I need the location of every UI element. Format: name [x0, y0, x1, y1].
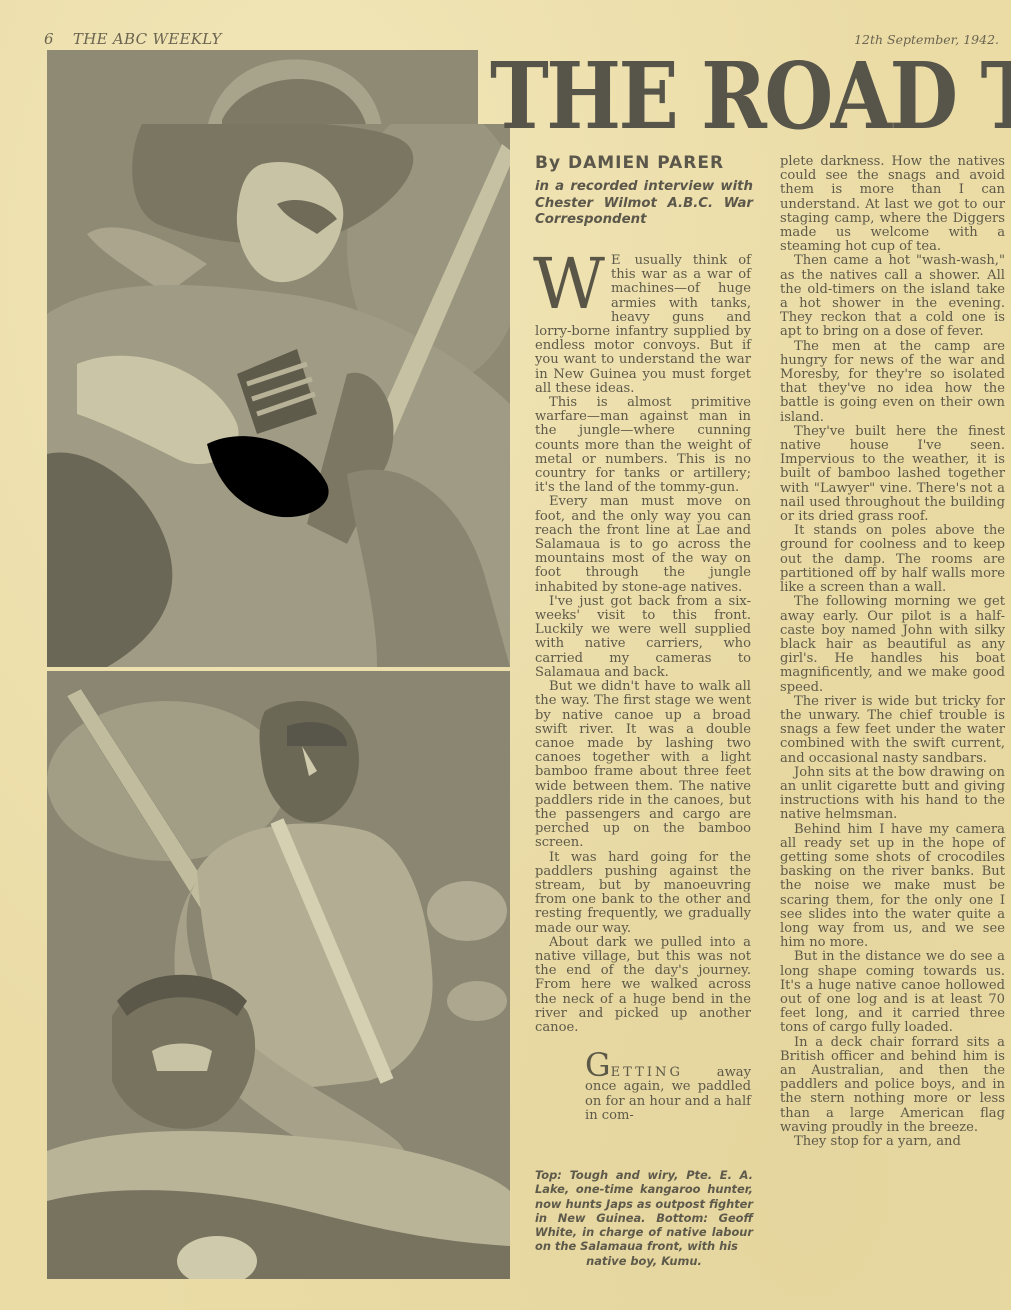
opening-small-caps: E	[611, 253, 624, 268]
photo-icon	[47, 50, 478, 128]
photo-caption: Top: Tough and wiry, Pte. E. A. Lake, on…	[535, 1168, 753, 1268]
paragraph: It stands on poles above the ground for …	[780, 524, 1005, 595]
page-number: 6	[44, 30, 54, 48]
paragraph: About dark we pulled into a native villa…	[535, 936, 751, 1035]
paragraph: John sits at the bow drawing on an unlit…	[780, 766, 1005, 823]
caption-text: Top: Tough and wiry, Pte. E. A. Lake, on…	[535, 1168, 753, 1253]
paragraph: They stop for a yarn, and	[780, 1135, 1005, 1149]
article-headline: THE ROAD TO	[490, 52, 933, 140]
paragraph-continued: plete darkness. How the natives could se…	[780, 155, 1005, 254]
opening-paragraph: WE usually think of this war as a war of…	[535, 254, 751, 396]
paragraph: Then came a hot "wash-wash," as the nati…	[780, 254, 1005, 339]
paragraph: This is almost primitive warfare—man aga…	[535, 396, 751, 495]
paragraph: They've built here the finest native hou…	[780, 425, 1005, 524]
byline-block: By DAMIEN PARER in a recorded interview …	[535, 153, 753, 229]
top-photo	[47, 124, 510, 667]
byline-author: By DAMIEN PARER	[535, 153, 753, 173]
bottom-photo	[47, 671, 510, 1279]
paragraph: The men at the camp are hungry for news …	[780, 340, 1005, 425]
caption-last-line: native boy, Kumu.	[535, 1254, 753, 1268]
publication-name: THE ABC WEEKLY	[73, 30, 222, 48]
section-small-caps: ETTING	[611, 1065, 683, 1080]
paragraph: The following morning we get away early.…	[780, 595, 1005, 694]
drop-cap: W	[533, 256, 605, 312]
native-boy-photo-icon	[47, 671, 510, 1279]
newspaper-page: 6 THE ABC WEEKLY 12th September, 1942.	[0, 0, 1011, 1310]
byline-subtitle: in a recorded interview with Chester Wil…	[535, 179, 753, 229]
top-photo-upper-strip	[47, 50, 478, 128]
paragraph: The river is wide but tricky for the unw…	[780, 695, 1005, 766]
section-opening: GETTING away once again, we paddled on f…	[535, 1055, 751, 1123]
paragraph: Every man must move on foot, and the onl…	[535, 495, 751, 594]
page-header: 6 THE ABC WEEKLY	[44, 30, 222, 48]
paragraph: In a deck chair forrard sits a British o…	[780, 1036, 1005, 1135]
paragraph: I've just got back from a six-weeks' vis…	[535, 595, 751, 680]
paragraph: Behind him I have my camera all ready se…	[780, 823, 1005, 951]
article-column-1: WE usually think of this war as a war of…	[535, 254, 751, 1123]
paragraph: It was hard going for the paddlers pushi…	[535, 851, 751, 936]
section-break: GETTING away once again, we paddled on f…	[535, 1055, 751, 1123]
paragraph: But we didn't have to walk all the way. …	[535, 680, 751, 850]
article-column-2: plete darkness. How the natives could se…	[780, 155, 1005, 1149]
soldier-photo-icon	[47, 124, 510, 667]
paragraph: But in the distance we do see a long sha…	[780, 950, 1005, 1035]
